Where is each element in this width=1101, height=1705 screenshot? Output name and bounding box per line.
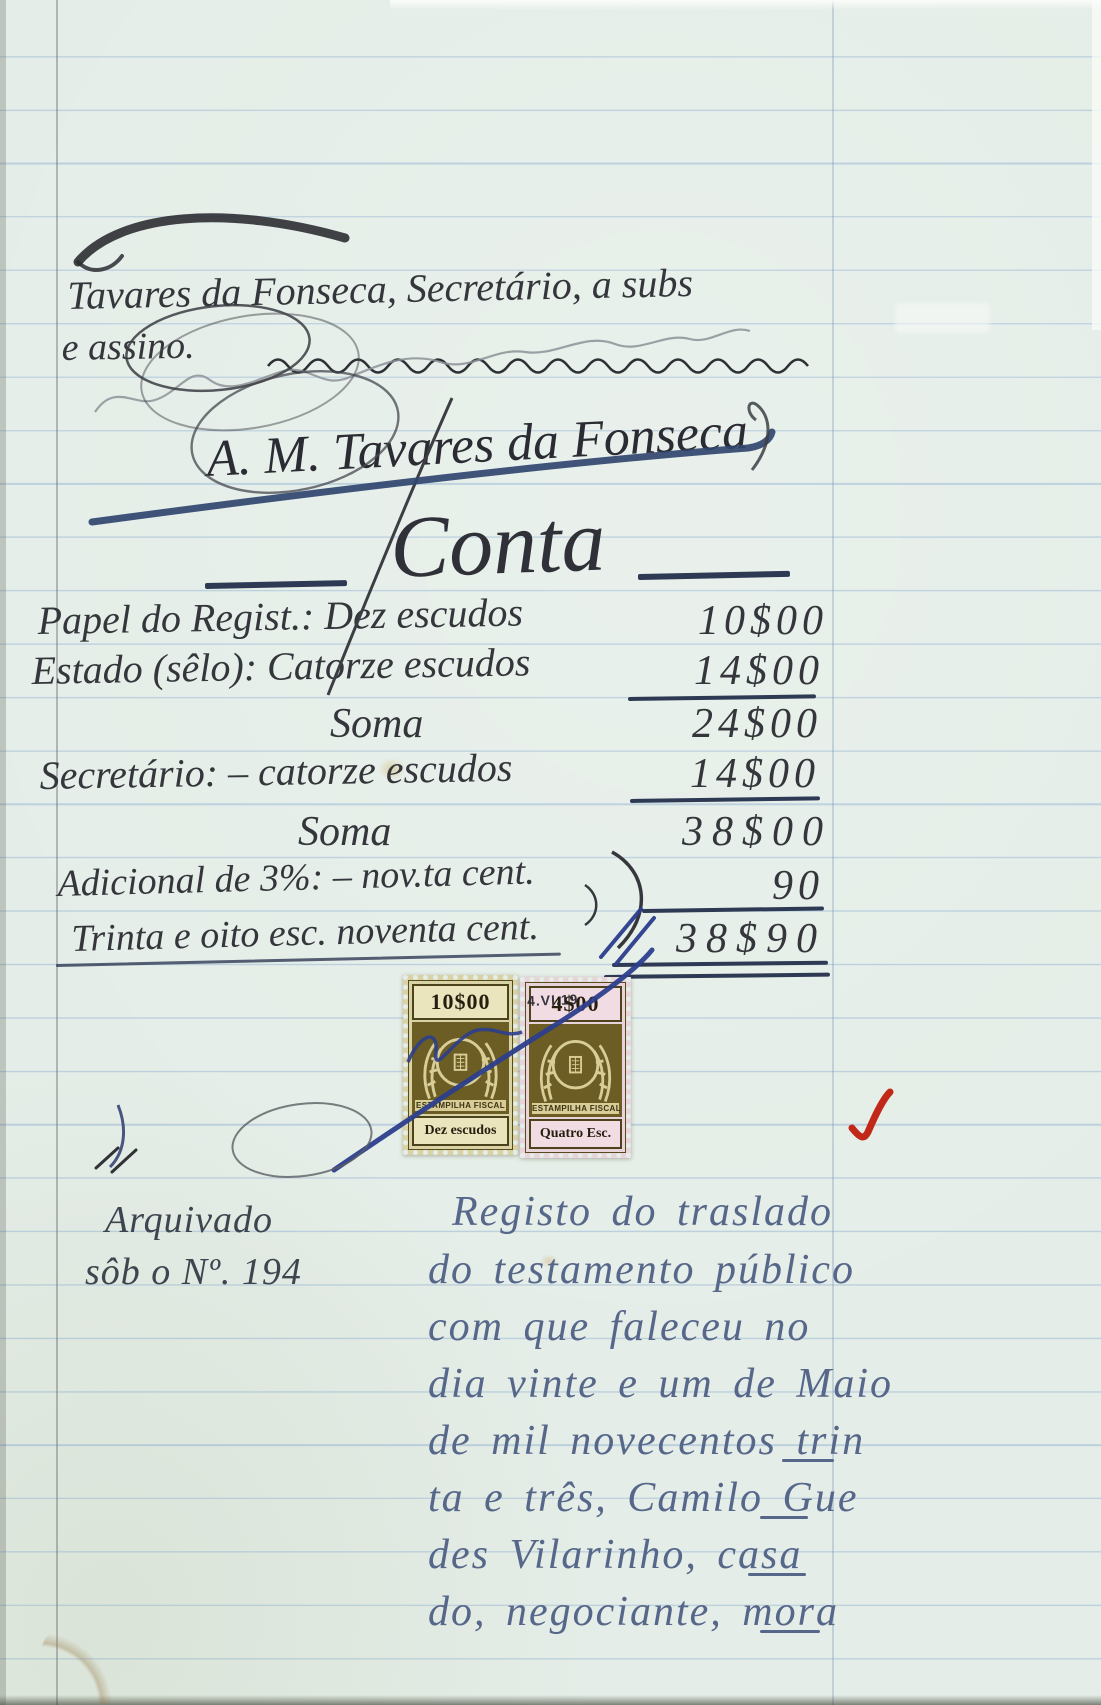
account-row-label: Soma [298, 808, 391, 856]
account-row-label: Trinta e oito esc. noventa cent. [71, 905, 540, 961]
account-row-amount: 10$00 [698, 597, 828, 645]
paper-stain [40, 1608, 190, 1705]
account-row-amount: 90 [772, 862, 824, 910]
registry-line: de mil novecentos trin [428, 1417, 865, 1465]
conta-dash-left [205, 580, 347, 589]
amount-underline [642, 906, 824, 913]
hyphen-underline [748, 1573, 806, 1576]
registry-line: do testamento público [428, 1246, 855, 1294]
account-row-amount: 38$00 [682, 808, 832, 856]
stamp-denomination-label: Dez escudos [412, 1116, 509, 1146]
header-line-1: Tavares da Fonseca, Secretário, a subs [67, 259, 693, 319]
registry-line: des Vilarinho, casa [428, 1531, 802, 1579]
revenue-stamp-4-escudos: 4$00 ESTAMPILHA FISCAL Quatro Esc. 4.VI.… [520, 977, 631, 1158]
stamp-emblem: ESTAMPILHA FISCAL [529, 1024, 622, 1117]
secretary-signature: A. M. Tavares da Fonseca [205, 402, 749, 489]
brace-flourish [612, 852, 641, 948]
left-margin-line [56, 0, 58, 1705]
wavy-filler-line [268, 360, 808, 373]
registry-line: Registo do traslado [452, 1188, 833, 1236]
account-row-label: Papel do Regist.: Dez escudos [37, 589, 523, 644]
hyphen-underline [760, 1630, 820, 1633]
capital-flourish-tail [78, 256, 122, 270]
pencil-oval-scribble [228, 1095, 377, 1186]
red-check-icon [852, 1092, 890, 1137]
account-row-amount: 14$00 [690, 750, 820, 798]
registry-line: dia vinte e um de Maio [428, 1360, 893, 1408]
paper-ghost-patch [895, 303, 990, 333]
paren-flourish [585, 885, 596, 925]
registry-line: com que faleceu no [428, 1303, 810, 1351]
blue-tick-marks [601, 909, 654, 964]
account-row-amount: 38$90 [676, 915, 826, 963]
hyphen-underline [760, 1516, 808, 1519]
account-row-label: Soma [330, 700, 423, 748]
stamp-series-banner: ESTAMPILHA FISCAL [415, 1100, 506, 1111]
ledger-page: Tavares da Fonseca, Secretário, a subs e… [0, 0, 1101, 1705]
account-row-label: Adicional de 3%: – nov.ta cent. [57, 850, 535, 906]
scan-edge-top [390, 0, 1101, 10]
registry-line: do, negociante, mora [428, 1588, 839, 1636]
stamp-series-banner: ESTAMPILHA FISCAL [532, 1103, 619, 1114]
stamp-denomination-label: Quatro Esc. [529, 1119, 622, 1149]
conta-dash-right [638, 571, 790, 580]
ink-check-scribble [96, 1148, 136, 1172]
revenue-stamp-10-escudos: 10$00 ESTAMPILHA FISCAL Dez escudos [403, 975, 518, 1155]
account-row-label: Secretário: – catorze escudos [39, 744, 513, 799]
account-row-label: Estado (sêlo): Catorze escudos [31, 638, 531, 694]
scan-edge-left [0, 0, 6, 1705]
scan-edge-right [1092, 0, 1101, 330]
conta-title: Conta [388, 491, 607, 599]
amount-underline [630, 796, 820, 803]
stamp-emblem: ESTAMPILHA FISCAL [412, 1022, 509, 1114]
stamp-value-label: 10$00 [412, 984, 509, 1020]
total-underline-1 [612, 961, 828, 967]
registry-line: ta e três, Camilo Gue [428, 1474, 858, 1522]
scan-edge-bottom [0, 1695, 1101, 1705]
hyphen-underline [782, 1459, 834, 1462]
blue-f-stroke [110, 1105, 124, 1167]
account-row-amount: 14$00 [694, 647, 824, 695]
header-line-2: e assino. [61, 324, 195, 370]
archive-note-line-2: sôb o Nº. 194 [85, 1250, 302, 1294]
stamp-date-overprint: 4.VI.19 [527, 991, 579, 1009]
signature-end-flourish [749, 403, 768, 470]
archive-note-line-1: Arquivado [105, 1198, 273, 1242]
total-underline-2 [604, 973, 830, 979]
capital-flourish-stroke [78, 218, 345, 262]
account-row-amount: 24$00 [692, 700, 822, 748]
stamp-frame: 10$00 ESTAMPILHA FISCAL Dez escudos [408, 980, 513, 1150]
